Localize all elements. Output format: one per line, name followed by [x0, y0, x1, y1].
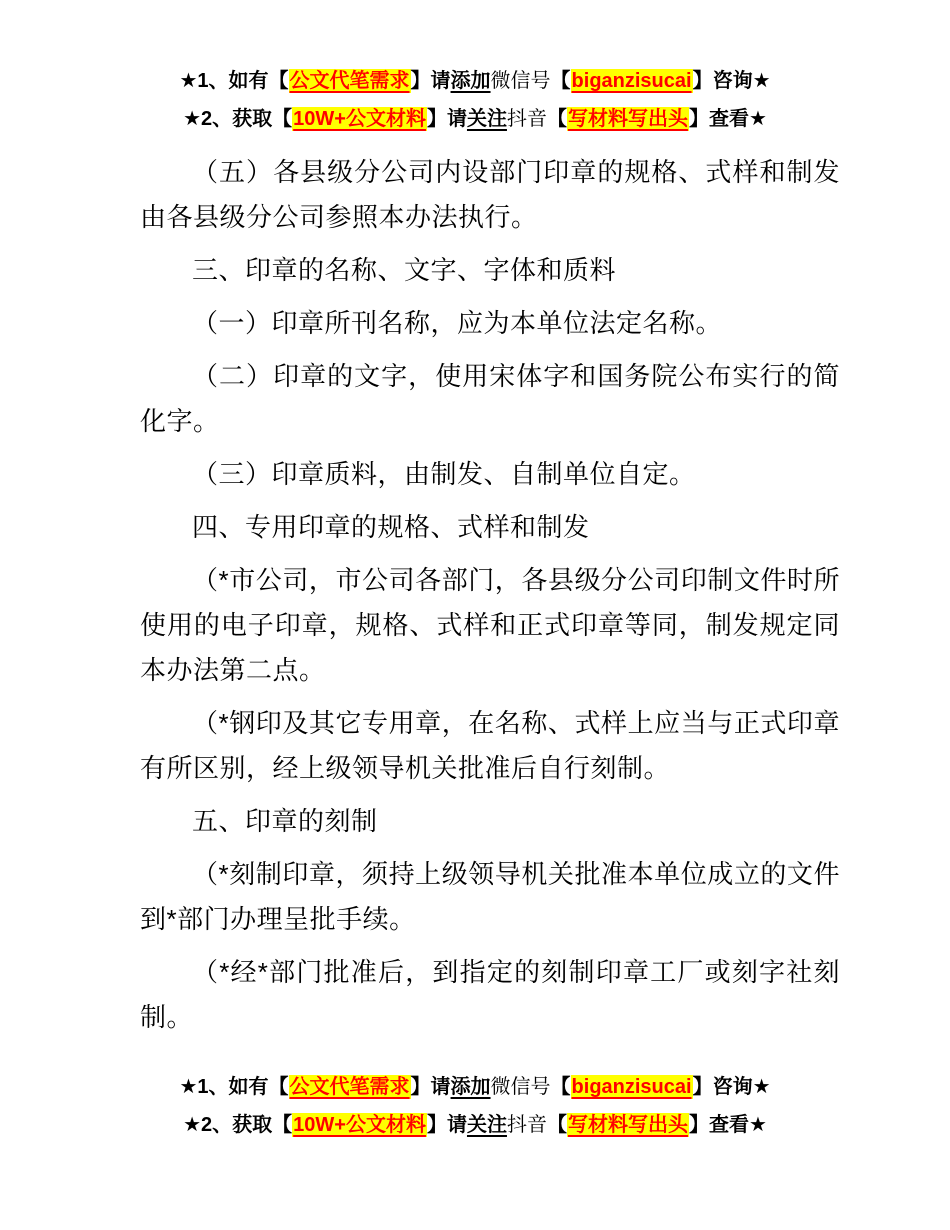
promo-footer: ★1、如有【公文代笔需求】请添加微信号【biganzisucai】咨询★★2、获… — [0, 1068, 950, 1144]
paragraph: （二）印章的文字，使用宋体字和国务院公布实行的简化字。 — [140, 354, 840, 444]
document-page: ★1、如有【公文代笔需求】请添加微信号【biganzisucai】咨询★★2、获… — [0, 0, 950, 1230]
paragraph: （*刻制印章，须持上级领导机关批准本单位成立的文件到*部门办理呈批手续。 — [140, 852, 840, 942]
promo-text: 【 — [547, 108, 567, 130]
promo-link-text: 添加 — [451, 1076, 491, 1098]
section-heading: 三、印章的名称、文字、字体和质料 — [140, 248, 840, 293]
promo-text: 【 — [547, 1114, 567, 1136]
promo-text: ★1、如有【 — [179, 70, 288, 92]
promo-line: ★2、获取【10W+公文材料】请关注抖音【写材料写出头】查看★ — [0, 100, 950, 138]
highlighted-text: 10W+公文材料 — [292, 1113, 427, 1137]
highlighted-text: 写材料写出头 — [567, 107, 689, 131]
section-heading: 五、印章的刻制 — [140, 799, 840, 844]
promo-text: 】查看★ — [689, 1114, 767, 1136]
promo-text: 】查看★ — [689, 108, 767, 130]
promo-text: 抖音 — [507, 1114, 547, 1136]
paragraph: （五）各县级分公司内设部门印章的规格、式样和制发由各县级分公司参照本办法执行。 — [140, 150, 840, 240]
promo-text: 】请 — [411, 1076, 451, 1098]
promo-text: 】咨询★ — [693, 70, 771, 92]
promo-header: ★1、如有【公文代笔需求】请添加微信号【biganzisucai】咨询★★2、获… — [0, 62, 950, 138]
promo-line: ★1、如有【公文代笔需求】请添加微信号【biganzisucai】咨询★ — [0, 1068, 950, 1106]
promo-text: ★2、获取【 — [183, 108, 292, 130]
highlighted-text: 写材料写出头 — [567, 1113, 689, 1137]
promo-line: ★1、如有【公文代笔需求】请添加微信号【biganzisucai】咨询★ — [0, 62, 950, 100]
promo-link-text: 关注 — [467, 108, 507, 130]
highlighted-text: biganzisucai — [571, 1075, 693, 1099]
highlighted-text: 公文代笔需求 — [289, 69, 411, 93]
section-heading: 四、专用印章的规格、式样和制发 — [140, 505, 840, 550]
promo-text: 抖音 — [507, 108, 547, 130]
promo-text: 】请 — [411, 70, 451, 92]
highlighted-text: 10W+公文材料 — [292, 107, 427, 131]
promo-text: ★1、如有【 — [179, 1076, 288, 1098]
promo-link-text: 添加 — [451, 70, 491, 92]
promo-text: 】请 — [427, 108, 467, 130]
paragraph: （*市公司，市公司各部门，各县级分公司印制文件时所使用的电子印章，规格、式样和正… — [140, 558, 840, 693]
promo-text: 】请 — [427, 1114, 467, 1136]
promo-link-text: 关注 — [467, 1114, 507, 1136]
paragraph: （一）印章所刊名称，应为本单位法定名称。 — [140, 301, 840, 346]
highlighted-text: biganzisucai — [571, 69, 693, 93]
paragraph: （*钢印及其它专用章，在名称、式样上应当与正式印章有所区别，经上级领导机关批准后… — [140, 701, 840, 791]
promo-text: 微信号 — [491, 1076, 551, 1098]
promo-text: ★2、获取【 — [183, 1114, 292, 1136]
promo-text: 【 — [551, 70, 571, 92]
paragraph: （*经*部门批准后，到指定的刻制印章工厂或刻字社刻制。 — [140, 950, 840, 1040]
promo-text: 】咨询★ — [693, 1076, 771, 1098]
document-body: （五）各县级分公司内设部门印章的规格、式样和制发由各县级分公司参照本办法执行。三… — [140, 150, 840, 1048]
promo-text: 微信号 — [491, 70, 551, 92]
promo-line: ★2、获取【10W+公文材料】请关注抖音【写材料写出头】查看★ — [0, 1106, 950, 1144]
highlighted-text: 公文代笔需求 — [289, 1075, 411, 1099]
promo-text: 【 — [551, 1076, 571, 1098]
paragraph: （三）印章质料，由制发、自制单位自定。 — [140, 452, 840, 497]
